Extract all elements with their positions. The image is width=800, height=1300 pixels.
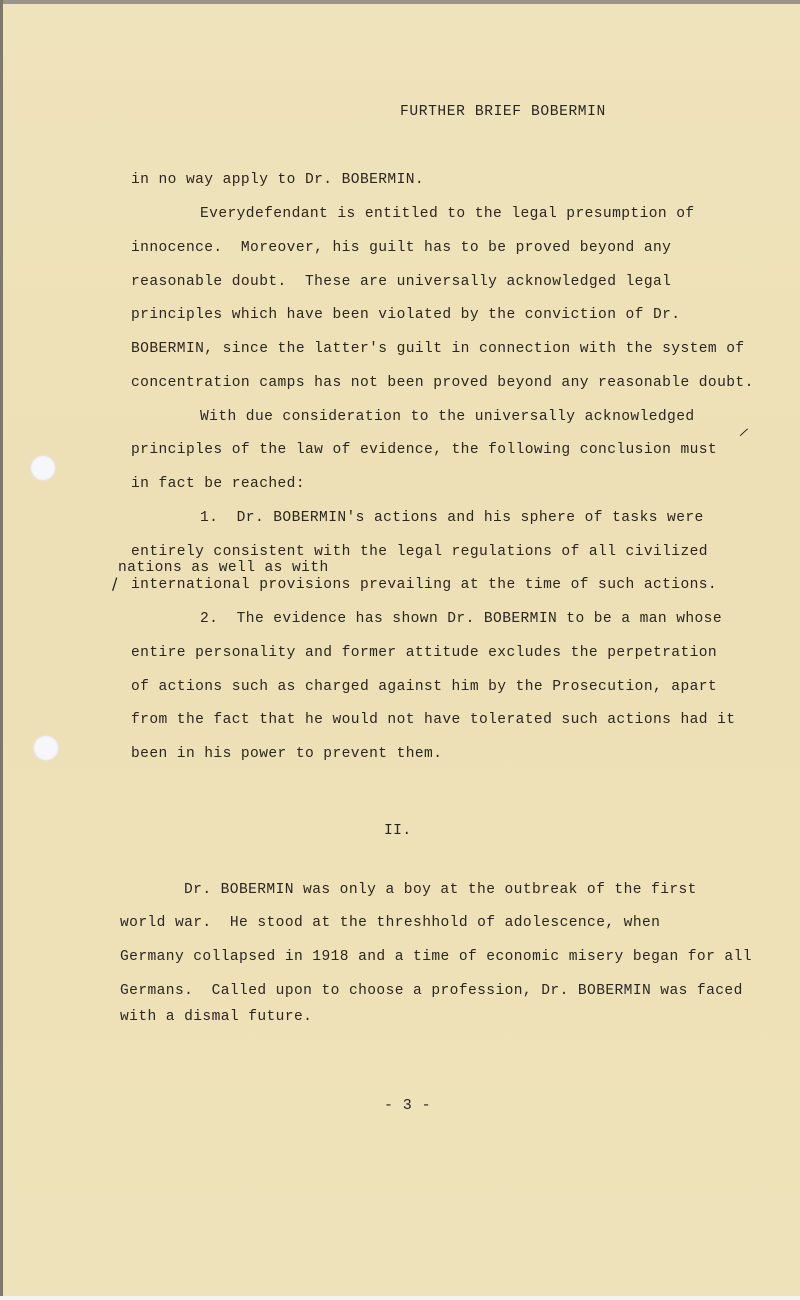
text-line: entire personality and former attitude e…	[131, 644, 717, 662]
text-line: international provisions prevailing at t…	[131, 576, 717, 594]
text-line: from the fact that he would not have tol…	[131, 711, 735, 729]
numbered-point-1: 1. Dr. BOBERMIN's actions and his sphere…	[200, 509, 704, 527]
text-line: of actions such as charged against him b…	[131, 678, 717, 696]
text-line: principles of the law of evidence, the f…	[131, 441, 717, 459]
page-number: - 3 -	[384, 1097, 431, 1115]
insertion-mark: /	[112, 574, 117, 593]
running-header: FURTHER BRIEF BOBERMIN	[400, 103, 606, 121]
document-page: FURTHER BRIEF BOBERMIN in no way apply t…	[0, 0, 800, 1300]
page-bottom-edge	[0, 1296, 800, 1300]
text-line: concentration camps has not been proved …	[131, 374, 754, 392]
punch-hole-icon	[33, 735, 59, 761]
text-line: innocence. Moreover, his guilt has to be…	[131, 239, 671, 257]
text-line: Germany collapsed in 1918 and a time of …	[120, 948, 752, 966]
paragraph-start: With due consideration to the universall…	[200, 408, 695, 426]
inserted-text-line: nations as well as with	[118, 559, 329, 577]
paragraph-start: Everydefendant is entitled to the legal …	[200, 205, 695, 223]
text-line: with a dismal future.	[120, 1008, 312, 1026]
text-line: in no way apply to Dr. BOBERMIN.	[131, 171, 424, 189]
numbered-point-2: 2. The evidence has shown Dr. BOBERMIN t…	[200, 610, 722, 628]
text-line: in fact be reached:	[131, 475, 305, 493]
text-line: Germans. Called upon to choose a profess…	[120, 982, 743, 1000]
page-top-edge	[0, 0, 800, 4]
text-line: principles which have been violated by t…	[131, 306, 680, 324]
text-line: BOBERMIN, since the latter's guilt in co…	[131, 340, 745, 358]
text-line: reasonable doubt. These are universally …	[131, 273, 671, 291]
paragraph-start: Dr. BOBERMIN was only a boy at the outbr…	[184, 881, 697, 899]
pen-tick-mark: /	[739, 425, 750, 439]
text-line: been in his power to prevent them.	[131, 745, 442, 763]
punch-hole-icon	[30, 455, 56, 481]
section-heading: II.	[384, 822, 411, 840]
page-left-edge	[0, 0, 3, 1300]
text-line: world war. He stood at the threshhold of…	[120, 914, 660, 932]
